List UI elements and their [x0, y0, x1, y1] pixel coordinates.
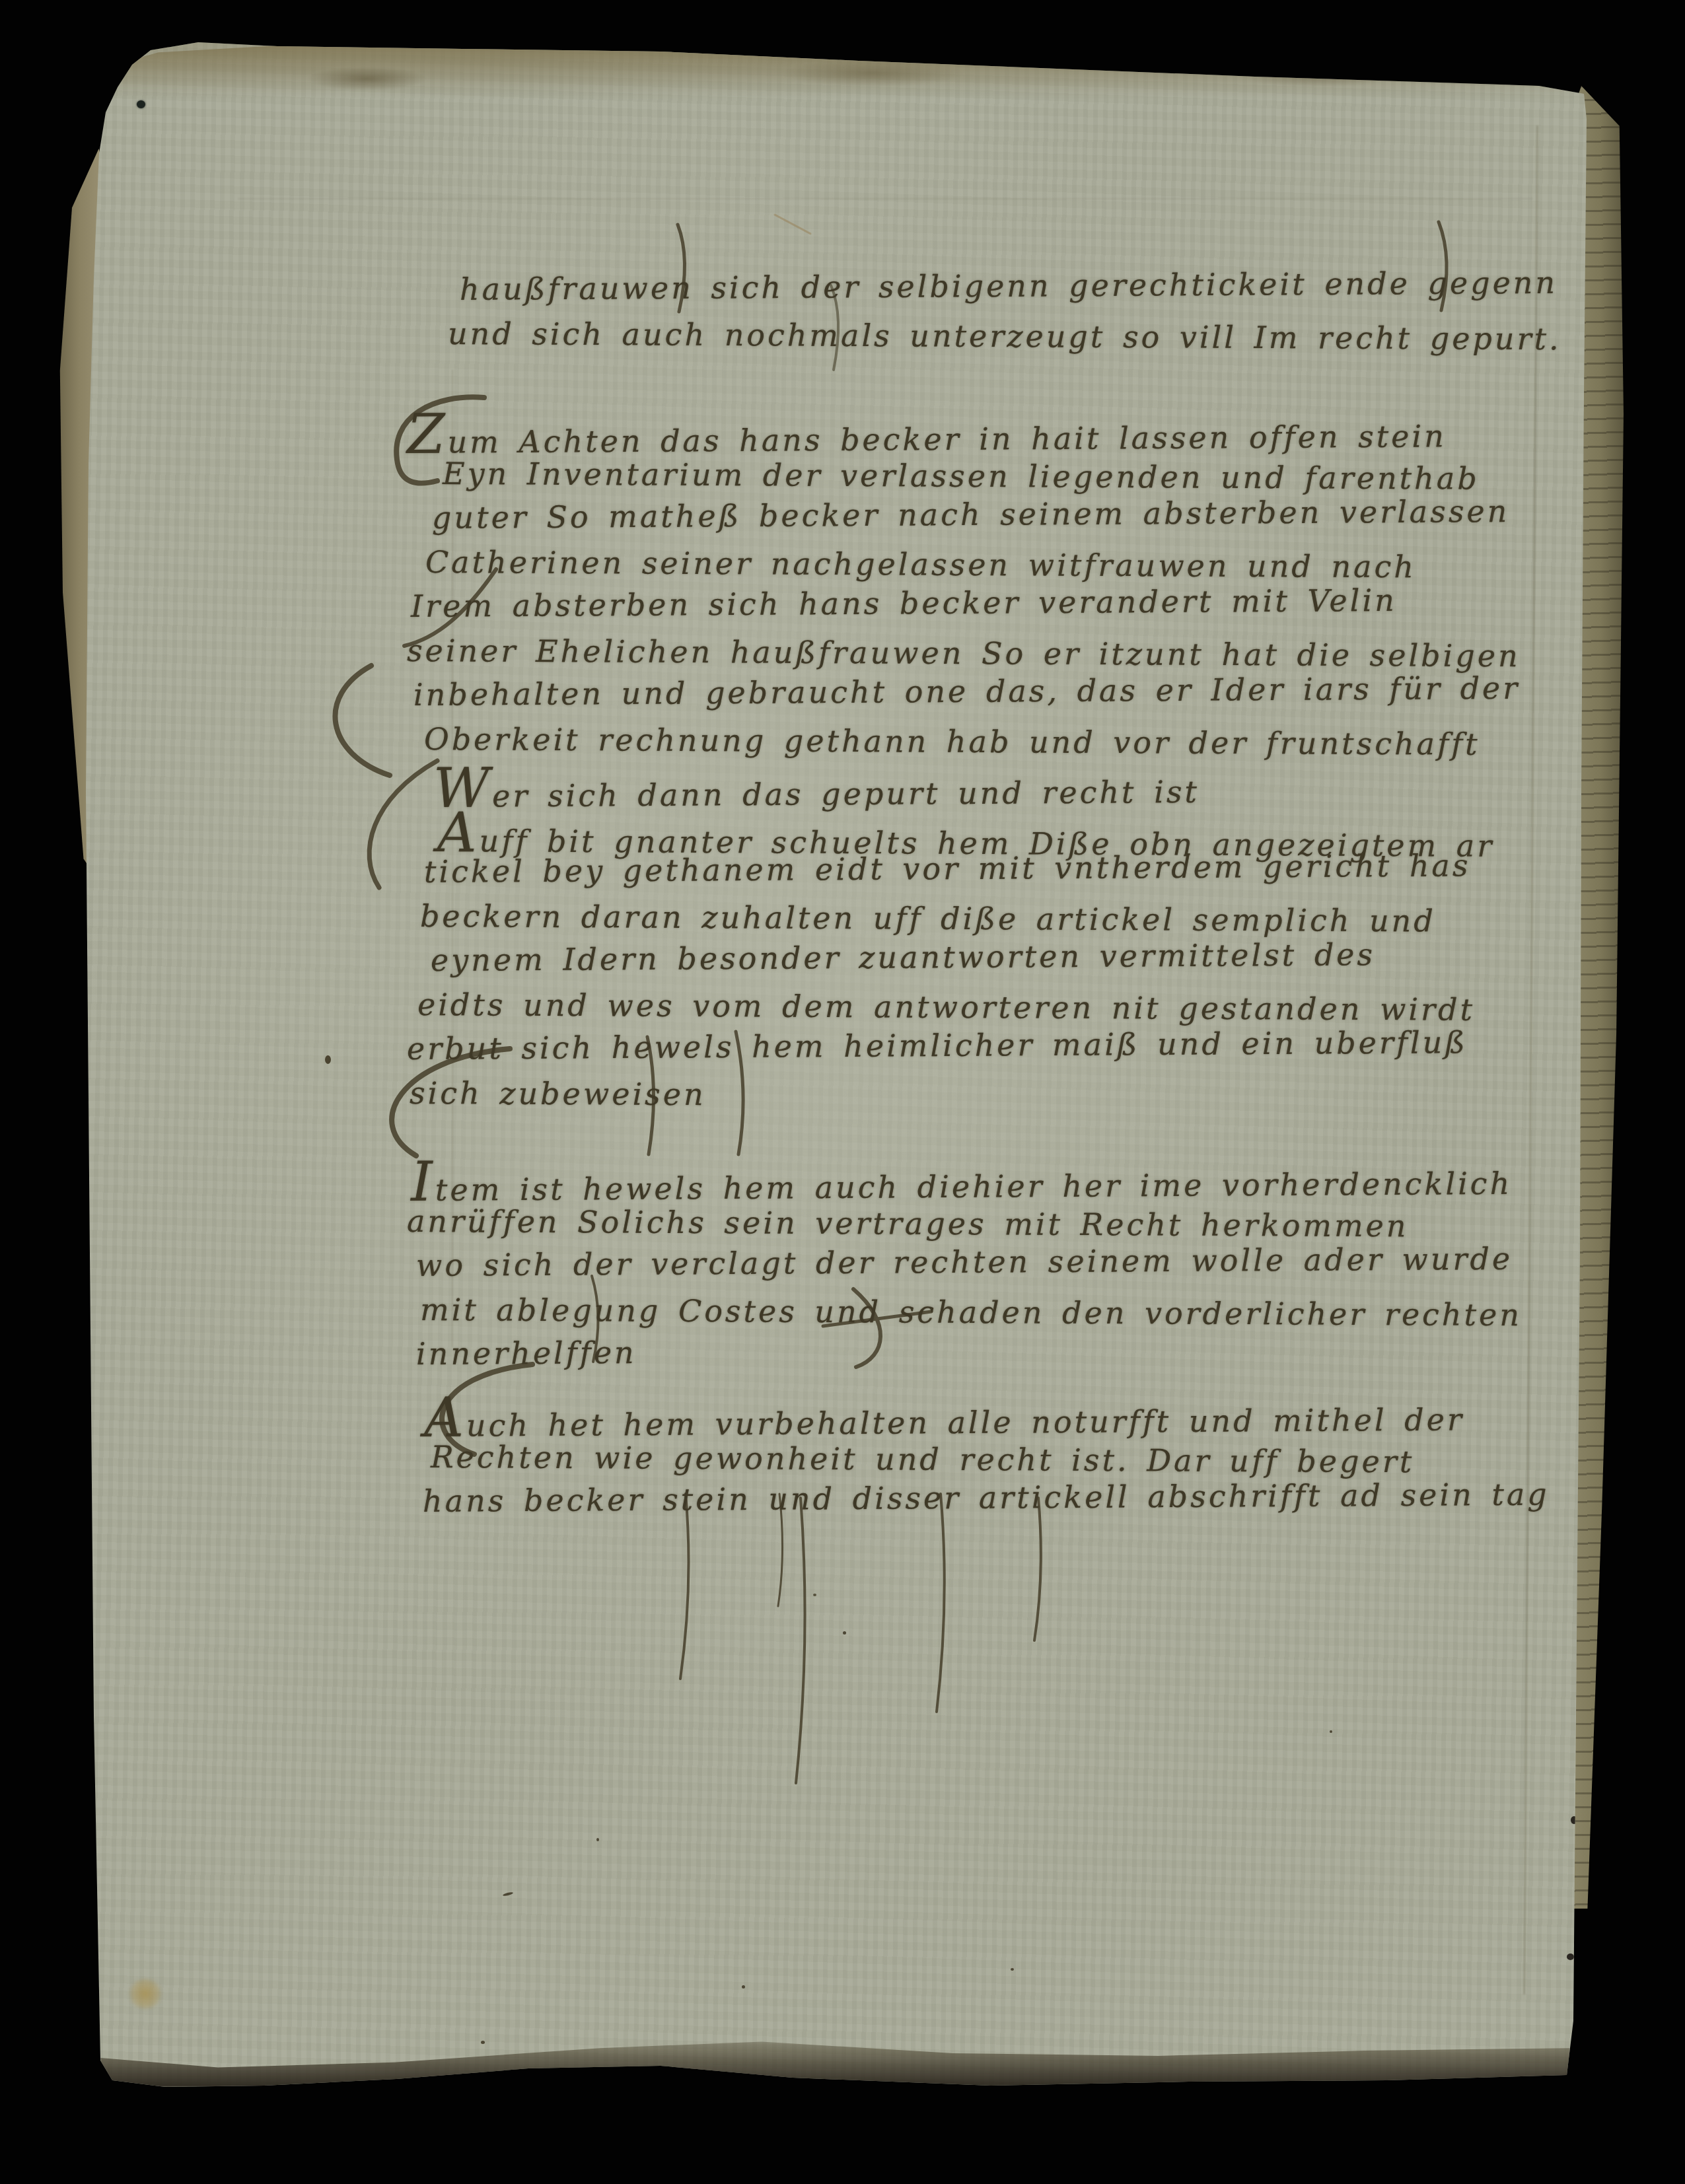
ink-speck: [503, 1891, 513, 1897]
text-line: Zum Achten das hans becker in hait lasse…: [407, 400, 1564, 452]
paragraph: haußfrauwen sich der selbigenn gerechtic…: [402, 267, 1564, 356]
paragraph: Auch het hem vurbehalten alle noturfft u…: [402, 1391, 1564, 1524]
text-line: hans becker stein und disser artickell a…: [423, 1472, 1564, 1524]
ink-speck: [843, 1631, 846, 1635]
margin-mark: [325, 1055, 331, 1064]
paragraph: Item ist hewels hem auch diehier her ime…: [402, 1155, 1564, 1376]
scan-background: haußfrauwen sich der selbigenn gerechtic…: [0, 0, 1685, 2184]
text-line: inbehalten und gebraucht one das, das er…: [413, 666, 1564, 717]
text-line: haußfrauwen sich der selbigenn gerechtic…: [460, 261, 1564, 312]
ink-speck: [481, 2041, 485, 2044]
paper-stain: [128, 1979, 162, 2009]
text-line: erbut sich hewels hem heimlicher maiß un…: [407, 1020, 1564, 1071]
text-line: sich zubeweisen: [410, 1071, 1564, 1121]
bottom-ragged-edge: [100, 2022, 1570, 2087]
top-deckle-edge: [99, 42, 1587, 98]
ink-speck: [742, 1985, 745, 1989]
text-line: guter So matheß becker nach seinem abste…: [432, 489, 1564, 540]
text-line: innerhelffen: [416, 1325, 1564, 1376]
edge-notch: [1567, 1954, 1574, 1960]
text-line: tickel bey gethanem eidt vor mit vntherd…: [424, 843, 1564, 894]
ink-speck: [1330, 1730, 1332, 1733]
text-line: Auch het hem vurbehalten alle noturfft u…: [424, 1384, 1564, 1435]
ink-speck: [596, 1838, 599, 1841]
text-line: eynem Idern besonder zuantworten vermitt…: [431, 932, 1564, 983]
paragraph: Zum Achten das hans becker in hait lasse…: [402, 407, 1564, 1115]
text-line: wo sich der verclagt der rechten seinem …: [416, 1236, 1564, 1288]
text-line: Item ist hewels hem auch diehier her ime…: [411, 1148, 1564, 1199]
paper-scratch: [773, 213, 812, 235]
text-line: Irem absterben sich hans becker verander…: [411, 577, 1564, 629]
text-line: Wer sich dann das gepurt und recht ist: [433, 755, 1564, 806]
ink-speck: [813, 1594, 816, 1596]
horizontal-crease-line: [238, 198, 1532, 199]
ink-speck: [1011, 1968, 1014, 1971]
handwritten-text-block: haußfrauwen sich der selbigenn gerechtic…: [402, 267, 1564, 1524]
text-line: und sich auch nochmals unterzeugt so vil…: [448, 312, 1564, 361]
ink-dot: [137, 100, 145, 108]
